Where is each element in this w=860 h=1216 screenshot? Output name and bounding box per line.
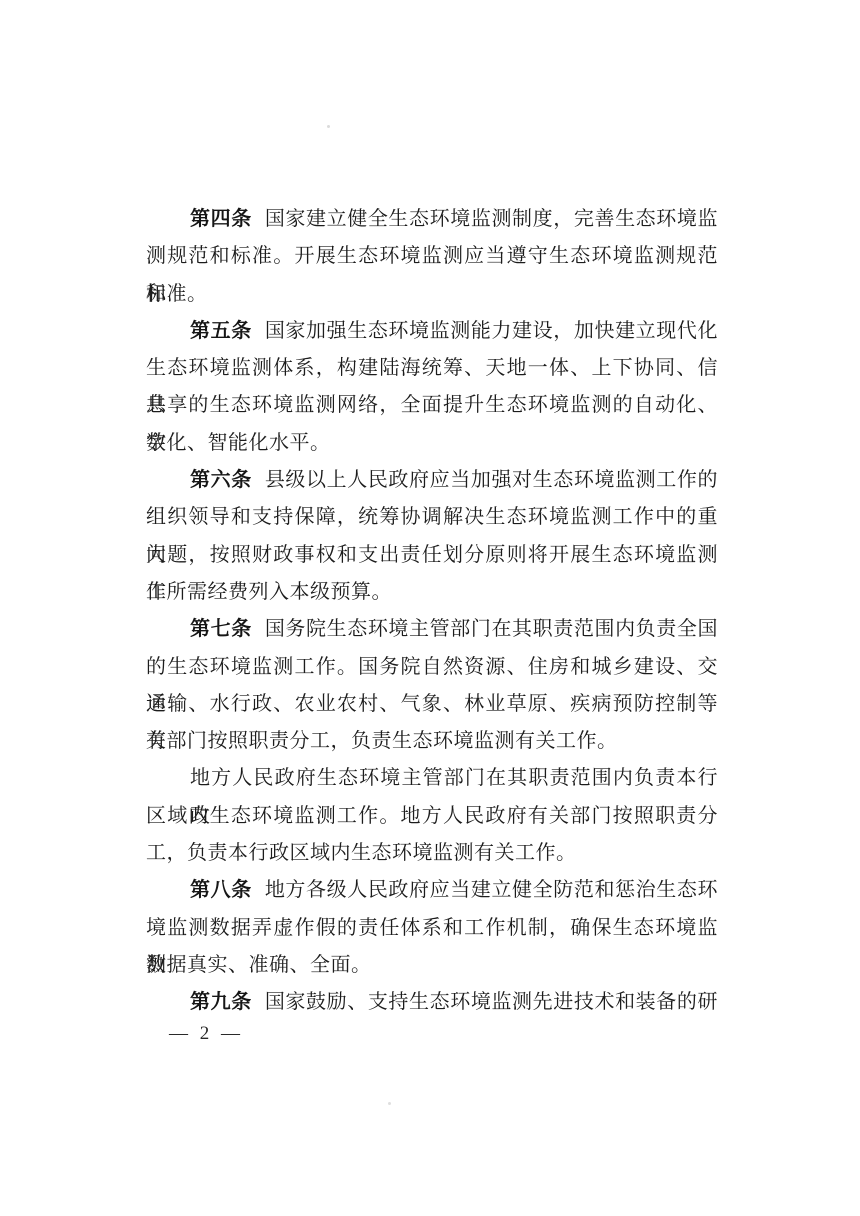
text-line: 运输、水行政、农业农村、气象、林业草原、疾病预防控制等有 [146,686,718,723]
text-line: 第六条县级以上人民政府应当加强对生态环境监测工作的 [146,462,718,499]
page-number: — 2 — [169,1022,241,1046]
text-line: 第七条国务院生态环境主管部门在其职责范围内负责全国 [146,611,718,648]
article-label: 第六条 [190,469,252,491]
line-text: 工，负责本行政区域内生态环境监测有关工作。 [146,842,577,864]
document-body: 第四条国家建立健全生态环境监测制度，完善生态环境监 测规范和标准。开展生态环境监… [146,201,718,1022]
scanned-document-page: 第四条国家建立健全生态环境监测制度，完善生态环境监 测规范和标准。开展生态环境监… [0,0,860,1216]
line-text: 区域内生态环境监测工作。地方人民政府有关部门按照职责分 [146,805,718,827]
article-label: 第七条 [190,618,252,640]
text-line: 的生态环境监测工作。国务院自然资源、住房和城乡建设、交通 [146,649,718,686]
text-line: 字化、智能化水平。 [146,425,718,462]
text-line: 第五条国家加强生态环境监测能力建设，加快建立现代化 [146,313,718,350]
text-line: 组织领导和支持保障，统筹协调解决生态环境监测工作中的重大 [146,499,718,536]
line-text: 标准。 [146,283,208,305]
line-text: 县级以上人民政府应当加强对生态环境监测工作的 [265,469,718,491]
text-line: 第九条国家鼓励、支持生态环境监测先进技术和装备的研 [146,984,718,1021]
scan-speck [388,1102,391,1105]
text-line: 测规范和标准。开展生态环境监测应当遵守生态环境监测规范和 [146,238,718,275]
article-label: 第八条 [190,879,252,901]
line-text: 国务院生态环境主管部门在其职责范围内负责全国 [265,618,718,640]
text-line: 境监测数据弄虚作假的责任体系和工作机制，确保生态环境监测 [146,910,718,947]
text-line: 工，负责本行政区域内生态环境监测有关工作。 [146,835,718,872]
article-label: 第九条 [190,991,252,1013]
text-line: 问题，按照财政事权和支出责任划分原则将开展生态环境监测工 [146,537,718,574]
line-text: 国家加强生态环境监测能力建设，加快建立现代化 [265,320,718,342]
line-text: 作所需经费列入本级预算。 [146,581,392,603]
article-label: 第四条 [190,208,252,230]
line-text: 字化、智能化水平。 [146,432,331,454]
text-line: 关部门按照职责分工，负责生态环境监测有关工作。 [146,723,718,760]
line-text: 国家鼓励、支持生态环境监测先进技术和装备的研 [265,991,718,1013]
scan-speck [327,125,330,128]
line-text: 关部门按照职责分工，负责生态环境监测有关工作。 [146,730,618,752]
text-line: 数据真实、准确、全面。 [146,947,718,984]
text-line: 地方人民政府生态环境主管部门在其职责范围内负责本行政 [146,760,718,797]
text-line: 第八条地方各级人民政府应当建立健全防范和惩治生态环 [146,872,718,909]
text-line: 第四条国家建立健全生态环境监测制度，完善生态环境监 [146,201,718,238]
line-text: 地方各级人民政府应当建立健全防范和惩治生态环 [265,879,718,901]
article-label: 第五条 [190,320,252,342]
text-line: 标准。 [146,276,718,313]
text-line: 作所需经费列入本级预算。 [146,574,718,611]
text-line: 共享的生态环境监测网络，全面提升生态环境监测的自动化、数 [146,387,718,424]
text-line: 区域内生态环境监测工作。地方人民政府有关部门按照职责分 [146,798,718,835]
line-text: 数据真实、准确、全面。 [146,954,372,976]
line-text: 国家建立健全生态环境监测制度，完善生态环境监 [265,208,718,230]
text-line: 生态环境监测体系，构建陆海统筹、天地一体、上下协同、信息 [146,350,718,387]
